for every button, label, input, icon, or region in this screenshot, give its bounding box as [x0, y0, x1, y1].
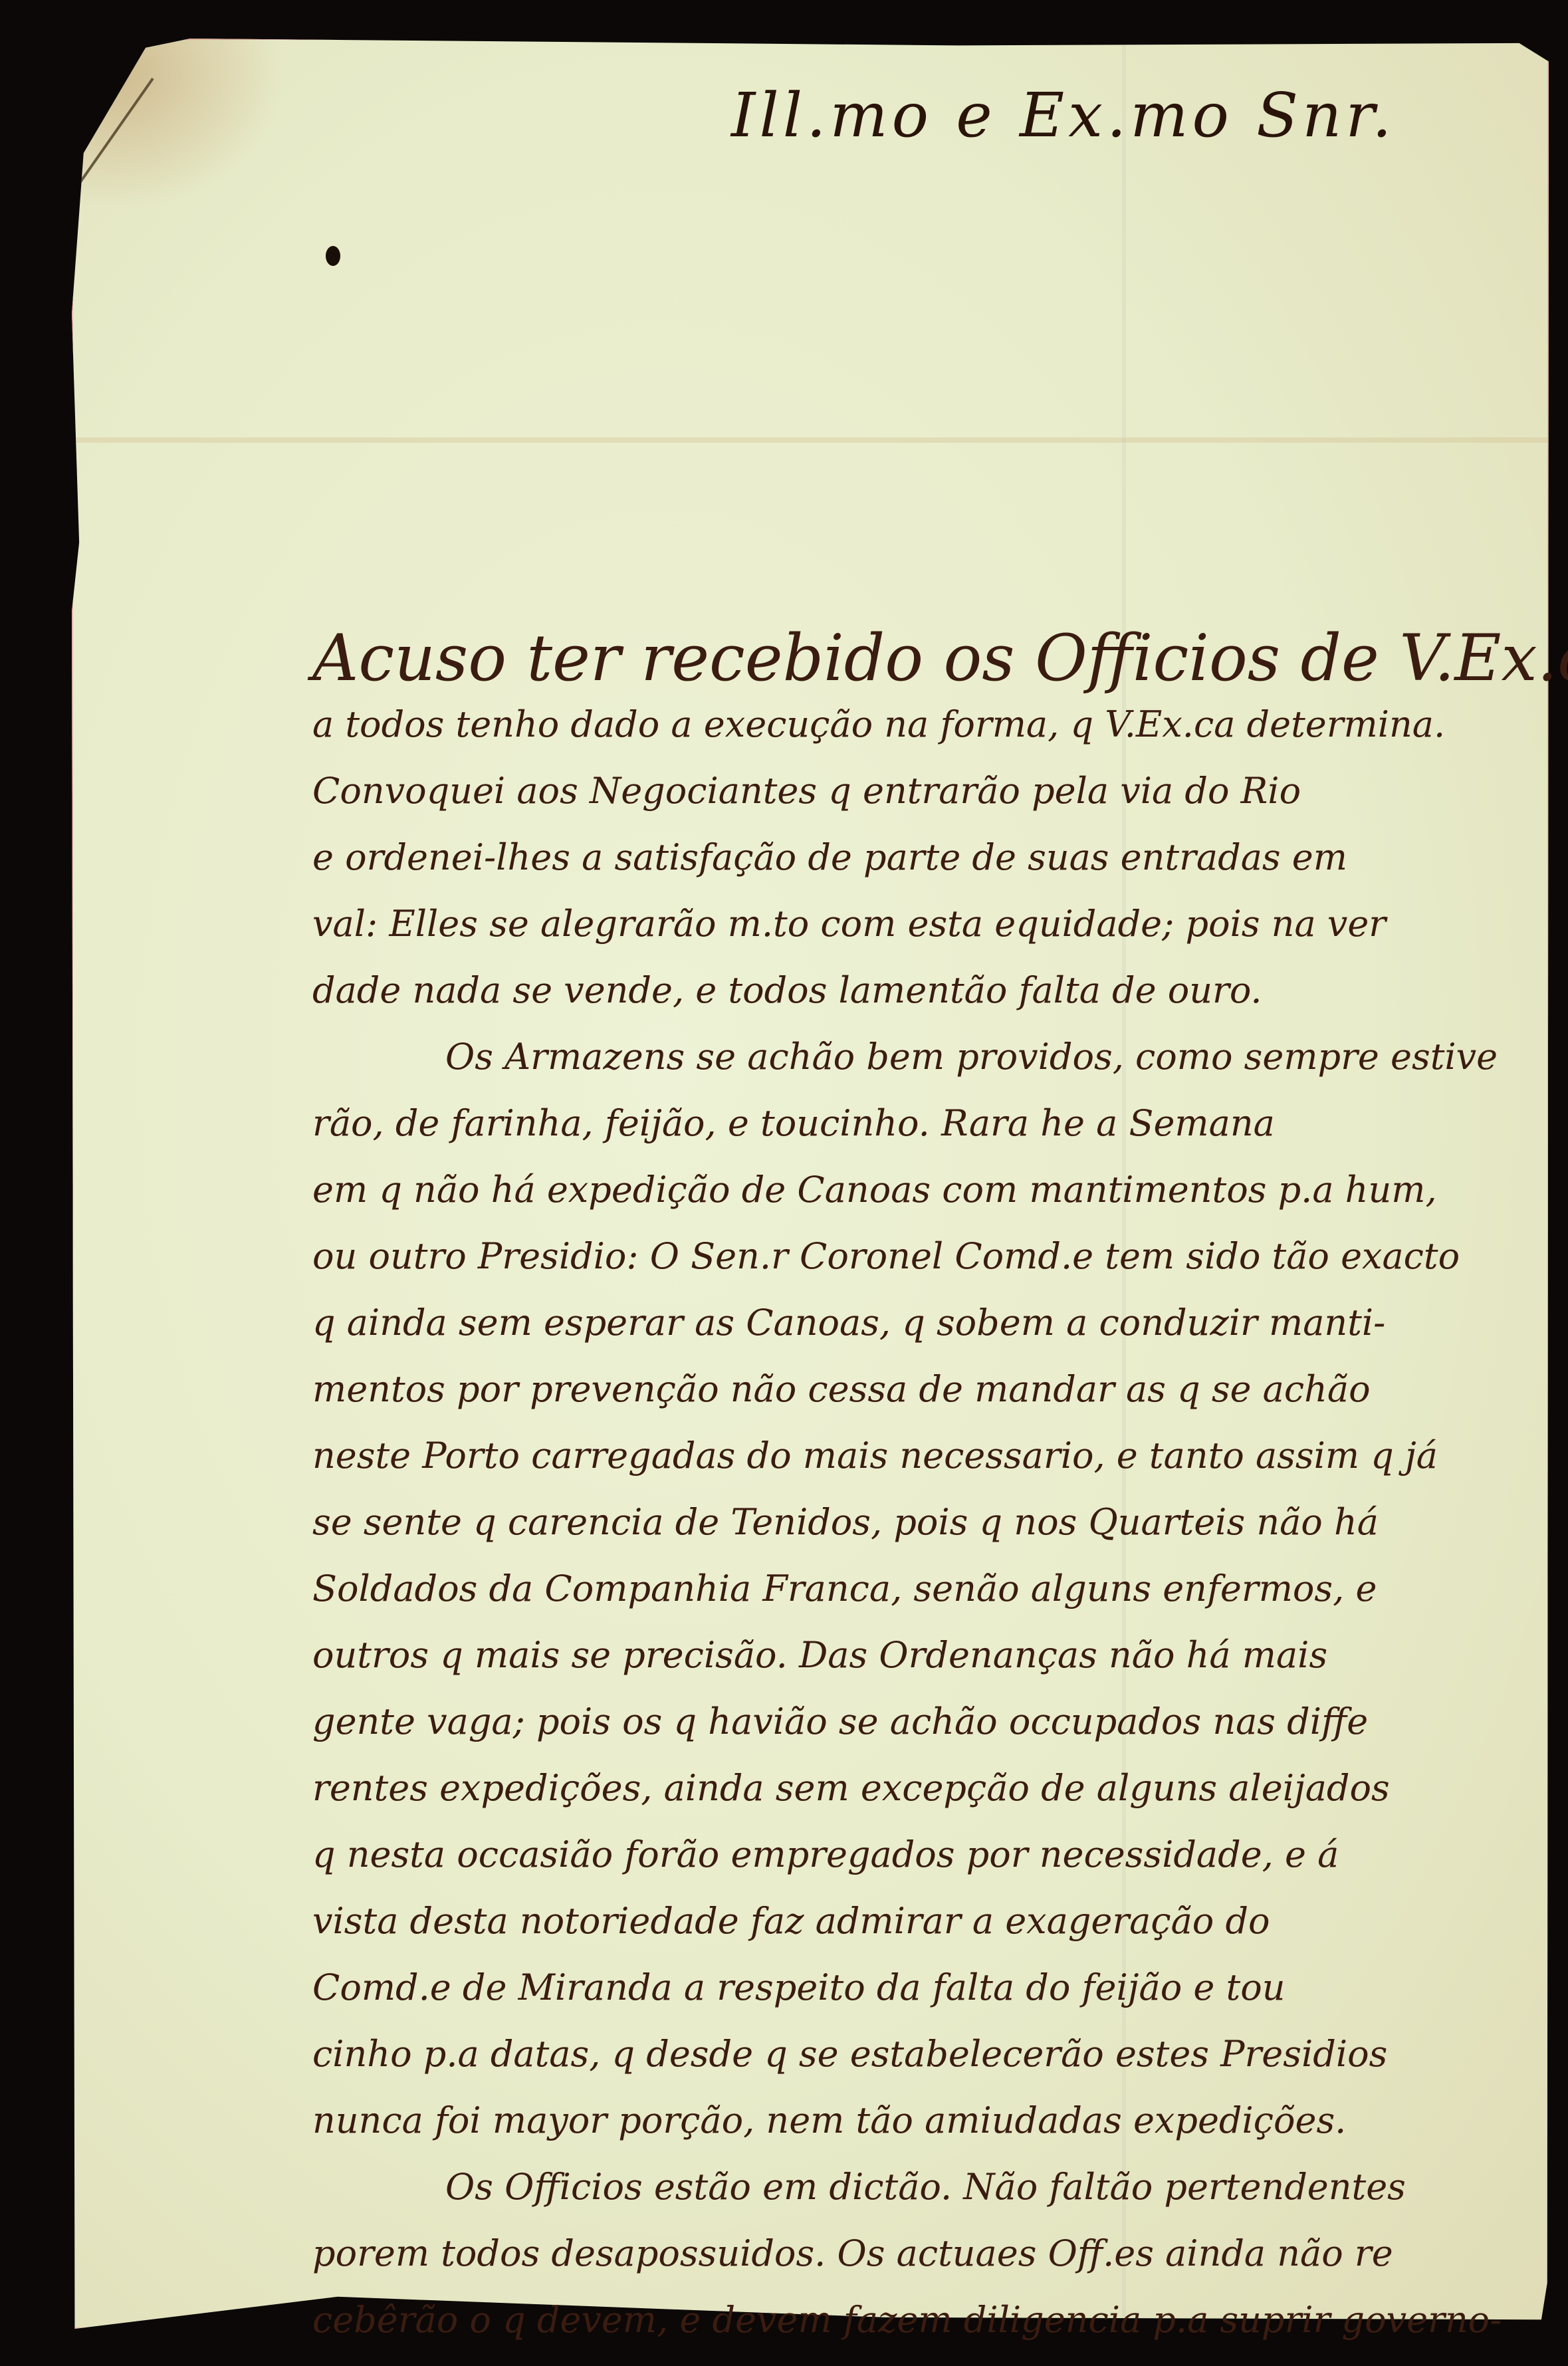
- ink-blot: [326, 246, 340, 266]
- text-line: dade nada se vende, e todos lamentão fal…: [312, 957, 1509, 1024]
- text-line: neste Porto carregadas do mais necessari…: [312, 1423, 1509, 1489]
- text-line: Convoquei aos Negociantes q entrarão pel…: [312, 758, 1509, 824]
- text-line: cebêrão o q devem, e devem fazem diligen…: [312, 2287, 1509, 2353]
- text-line: a todos tenho dado a execução na forma, …: [312, 691, 1509, 758]
- text-line: porem todos desapossuidos. Os actuaes Of…: [312, 2220, 1509, 2287]
- text-line: se sente q carencia de Tenidos, pois q n…: [312, 1489, 1509, 1556]
- text-line: q nesta occasião forão empregados por ne…: [312, 1822, 1509, 1888]
- text-line: em q não há expedição de Canoas com mant…: [312, 1157, 1509, 1223]
- text-line: q ainda sem esperar as Canoas, q sobem a…: [312, 1290, 1509, 1356]
- text-line: gente vaga; pois os q havião se achão oc…: [312, 1689, 1509, 1755]
- text-line: e ordenei-lhes a satisfação de parte de …: [312, 824, 1509, 891]
- text-line: rão, de farinha, feijão, e toucinho. Rar…: [312, 1090, 1509, 1157]
- fold-crease-horizontal: [72, 437, 1549, 443]
- paragraph-3: Os Officios estão em dictão. Não faltão …: [312, 2154, 1509, 2353]
- text-line: cinho p.a datas, q desde q se estabelece…: [312, 2021, 1509, 2087]
- text-line: Acuso ter recebido os Officios de V.Ex.c…: [312, 625, 1509, 691]
- paragraph-2: Os Armazens se achão bem providos, como …: [312, 1024, 1509, 2154]
- text-line: Comd.e de Miranda a respeito da falta do…: [312, 1954, 1509, 2021]
- text-line: outros q mais se precisão. Das Ordenança…: [312, 1622, 1509, 1689]
- text-line: ou outro Presidio: O Sen.r Coronel Comd.…: [312, 1223, 1509, 1290]
- text-line: Os Officios estão em dictão. Não faltão …: [312, 2154, 1509, 2220]
- paragraph-1: Acuso ter recebido os Officios de V.Ex.c…: [312, 625, 1509, 1024]
- text-line: val: Elles se alegrarão m.to com esta eq…: [312, 891, 1509, 957]
- text-line: rentes expedições, ainda sem excepção de…: [312, 1755, 1509, 1822]
- text-line: Soldados da Companhia Franca, senão algu…: [312, 1556, 1509, 1622]
- text-line: vista desta notoriedade faz admirar a ex…: [312, 1888, 1509, 1954]
- corner-stain: [72, 39, 284, 211]
- letter-body: Acuso ter recebido os Officios de V.Ex.c…: [312, 625, 1509, 2353]
- text-line: mentos por prevenção não cessa de mandar…: [312, 1356, 1509, 1423]
- salutation: Ill.mo e Ex.mo Snr.: [731, 80, 1396, 151]
- text-line: Os Armazens se achão bem providos, como …: [312, 1024, 1509, 1090]
- text-line: nunca foi mayor porção, nem tão amiudada…: [312, 2087, 1509, 2154]
